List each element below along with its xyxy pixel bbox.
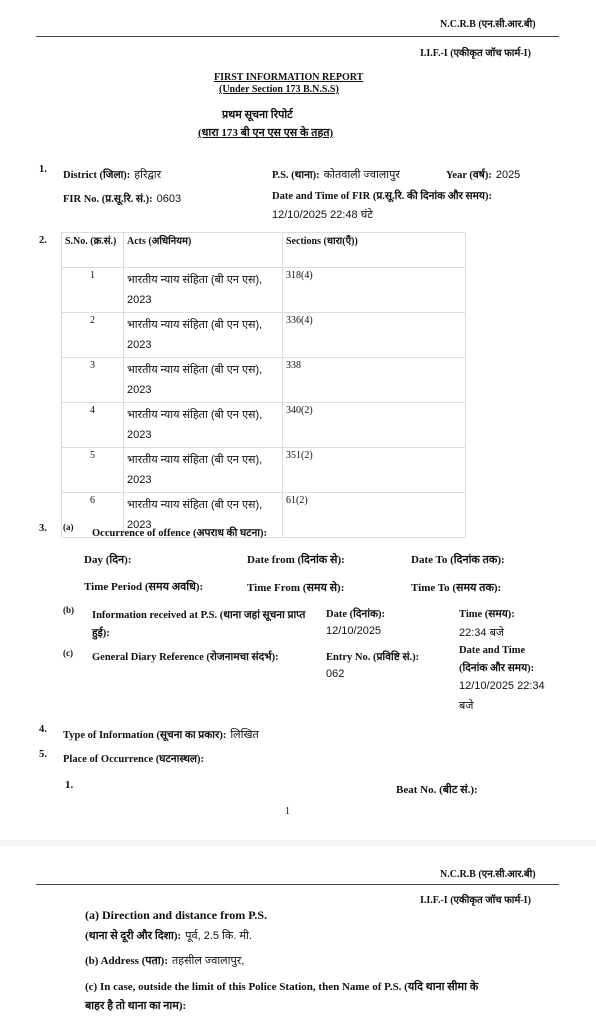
table-row: 3 भारतीय न्याय संहिता (बी एन एस), 2023 3… xyxy=(62,358,466,403)
general-diary-label: General Diary Reference (रोजनामचा संदर्भ… xyxy=(92,650,279,664)
direction-distance-label-hindi: (थाना से दूरी और दिशा): xyxy=(85,930,181,942)
date-from-label: Date from (दिनांक से): xyxy=(247,552,345,567)
day-label: Day (दिन): xyxy=(84,552,131,567)
info-received-label: Information received at P.S. (थाना जहां … xyxy=(92,607,312,643)
information-type-value: लिखित xyxy=(230,729,258,741)
row-act: भारतीय न्याय संहिता (बी एन एस), 2023 xyxy=(124,358,283,403)
outside-limit-label-cont: बाहर है तो थाना का नाम): xyxy=(85,998,186,1013)
direction-distance-label: (a) Direction and distance from P.S. xyxy=(85,908,267,923)
section-5-number: 5. xyxy=(39,749,47,760)
row-section: 338 xyxy=(283,358,466,403)
fir-datetime-value: 12/10/2025 22:48 घंटे xyxy=(272,207,373,222)
section-4-number: 4. xyxy=(39,724,47,735)
info-date-value: 12/10/2025 xyxy=(326,625,381,637)
column-header-sections: Sections (धारा(एँ)) xyxy=(283,233,466,268)
report-title-hindi: प्रथम सूचना रिपोर्ट xyxy=(222,107,293,122)
row-act: भारतीय न्याय संहिता (बी एन एस), 2023 xyxy=(124,403,283,448)
row-sno: 5 xyxy=(62,448,124,493)
section-3b-label: (b) xyxy=(63,605,74,615)
row-section: 351(2) xyxy=(283,448,466,493)
document-page-2: N.C.R.B (एन.सी.आर.बी) I.I.F.-I (एकीकृत ज… xyxy=(0,846,596,1024)
year-field: Year (वर्ष): 2025 xyxy=(446,165,520,183)
column-header-acts: Acts (अधिनियम) xyxy=(124,233,283,268)
acts-sections-table: S.No. (क्र.सं.) Acts (अधिनियम) Sections … xyxy=(61,232,466,538)
table-row: 2 भारतीय न्याय संहिता (बी एन एस), 2023 3… xyxy=(62,313,466,358)
section-2-number: 2. xyxy=(39,235,47,246)
gd-datetime-value-suffix: बजे xyxy=(459,698,473,713)
fir-number-field: FIR No. (प्र.सू.रि. सं.): 0603 xyxy=(63,189,181,207)
report-title: FIRST INFORMATION REPORT xyxy=(214,72,363,83)
page-number: 1 xyxy=(285,806,290,817)
section-1-number: 1. xyxy=(39,164,47,175)
district-label: District (जिला): xyxy=(63,170,130,181)
place-of-occurrence-label: Place of Occurrence (घटनास्थल): xyxy=(63,752,204,766)
direction-distance-value: पूर्व, 2.5 कि. मी. xyxy=(185,930,252,942)
gd-datetime-label: Date and Time xyxy=(459,645,525,656)
information-type-field: Type of Information (सूचना का प्रकार): ल… xyxy=(63,725,259,743)
gd-datetime-label-hindi: (दिनांक और समय): xyxy=(459,661,534,675)
section-3c-label: (c) xyxy=(63,648,73,658)
row-section: 61(2) xyxy=(283,493,466,538)
occurrence-label: Occurrence of offence (अपराध की घटना): xyxy=(92,526,267,540)
row-act: भारतीय न्याय संहिता (बी एन एस), 2023 xyxy=(124,448,283,493)
document-page-1: N.C.R.B (एन.सी.आर.बी) I.I.F.-I (एकीकृत ज… xyxy=(0,0,596,842)
row-section: 340(2) xyxy=(283,403,466,448)
time-to-label: Time To (समय तक): xyxy=(411,580,501,595)
district-value: हरिद्वार xyxy=(134,169,161,181)
section-3a-label: (a) xyxy=(63,522,74,532)
fir-number-label: FIR No. (प्र.सू.रि. सं.): xyxy=(63,194,153,205)
column-header-sno: S.No. (क्र.सं.) xyxy=(62,233,124,268)
report-subtitle-hindi: (धारा 173 बी एन एस एस के तहत) xyxy=(198,125,333,140)
district-field: District (जिला): हरिद्वार xyxy=(63,165,161,183)
section-3-number: 3. xyxy=(39,523,47,534)
iif-form-label: I.I.F.-I (एकीकृत जॉच फार्म-I) xyxy=(420,892,531,906)
table-row: 5 भारतीय न्याय संहिता (बी एन एस), 2023 3… xyxy=(62,448,466,493)
year-value: 2025 xyxy=(496,169,520,181)
address-field: (b) Address (पता): तहसील ज्वालापुर, xyxy=(85,951,244,969)
address-value: तहसील ज्वालापुर, xyxy=(172,955,244,967)
ncrb-header: N.C.R.B (एन.सी.आर.बी) xyxy=(440,866,536,880)
info-time-label: Time (समय): xyxy=(459,607,515,621)
info-time-value: 22:34 बजे xyxy=(459,625,504,640)
row-sno: 1 xyxy=(62,268,124,313)
police-station-field: P.S. (थाना): कोतवाली ज्वालापुर xyxy=(272,165,400,183)
fir-datetime-label: Date and Time of FIR (प्र.सू.रि. की दिना… xyxy=(272,189,492,203)
header-rule xyxy=(36,884,559,885)
ps-value: कोतवाली ज्वालापुर xyxy=(324,169,400,181)
beat-number-label: Beat No. (बीट सं.): xyxy=(396,782,478,797)
row-act: भारतीय न्याय संहिता (बी एन एस), 2023 xyxy=(124,268,283,313)
direction-distance-field: (थाना से दूरी और दिशा): पूर्व, 2.5 कि. म… xyxy=(85,926,252,944)
report-subtitle: (Under Section 173 B.N.S.S) xyxy=(219,84,339,95)
info-date-label: Date (दिनांक): xyxy=(326,607,385,621)
information-type-label: Type of Information (सूचना का प्रकार): xyxy=(63,730,226,741)
time-period-label: Time Period (समय अवधि): xyxy=(84,579,203,594)
date-to-label: Date To (दिनांक तक): xyxy=(411,552,505,567)
row-sno: 4 xyxy=(62,403,124,448)
fir-number-value: 0603 xyxy=(157,193,181,205)
ncrb-header: N.C.R.B (एन.सी.आर.बी) xyxy=(440,16,536,30)
header-rule xyxy=(36,36,559,37)
table-header-row: S.No. (क्र.सं.) Acts (अधिनियम) Sections … xyxy=(62,233,466,268)
entry-number-value: 062 xyxy=(326,668,344,680)
entry-number-label: Entry No. (प्रविष्टि सं.): xyxy=(326,650,419,664)
year-label: Year (वर्ष): xyxy=(446,170,492,181)
iif-form-label: I.I.F.-I (एकीकृत जॉच फार्म-I) xyxy=(420,45,531,59)
ps-label: P.S. (थाना): xyxy=(272,170,320,181)
table-row: 1 भारतीय न्याय संहिता (बी एन एस), 2023 3… xyxy=(62,268,466,313)
row-sno: 2 xyxy=(62,313,124,358)
row-sno: 3 xyxy=(62,358,124,403)
place-item-number: 1. xyxy=(65,779,73,791)
address-label: (b) Address (पता): xyxy=(85,955,168,967)
row-section: 318(4) xyxy=(283,268,466,313)
table-row: 4 भारतीय न्याय संहिता (बी एन एस), 2023 3… xyxy=(62,403,466,448)
time-from-label: Time From (समय से): xyxy=(247,580,344,595)
outside-limit-label: (c) In case, outside the limit of this P… xyxy=(85,979,478,994)
row-section: 336(4) xyxy=(283,313,466,358)
gd-datetime-value: 12/10/2025 22:34 xyxy=(459,680,545,692)
row-act: भारतीय न्याय संहिता (बी एन एस), 2023 xyxy=(124,313,283,358)
